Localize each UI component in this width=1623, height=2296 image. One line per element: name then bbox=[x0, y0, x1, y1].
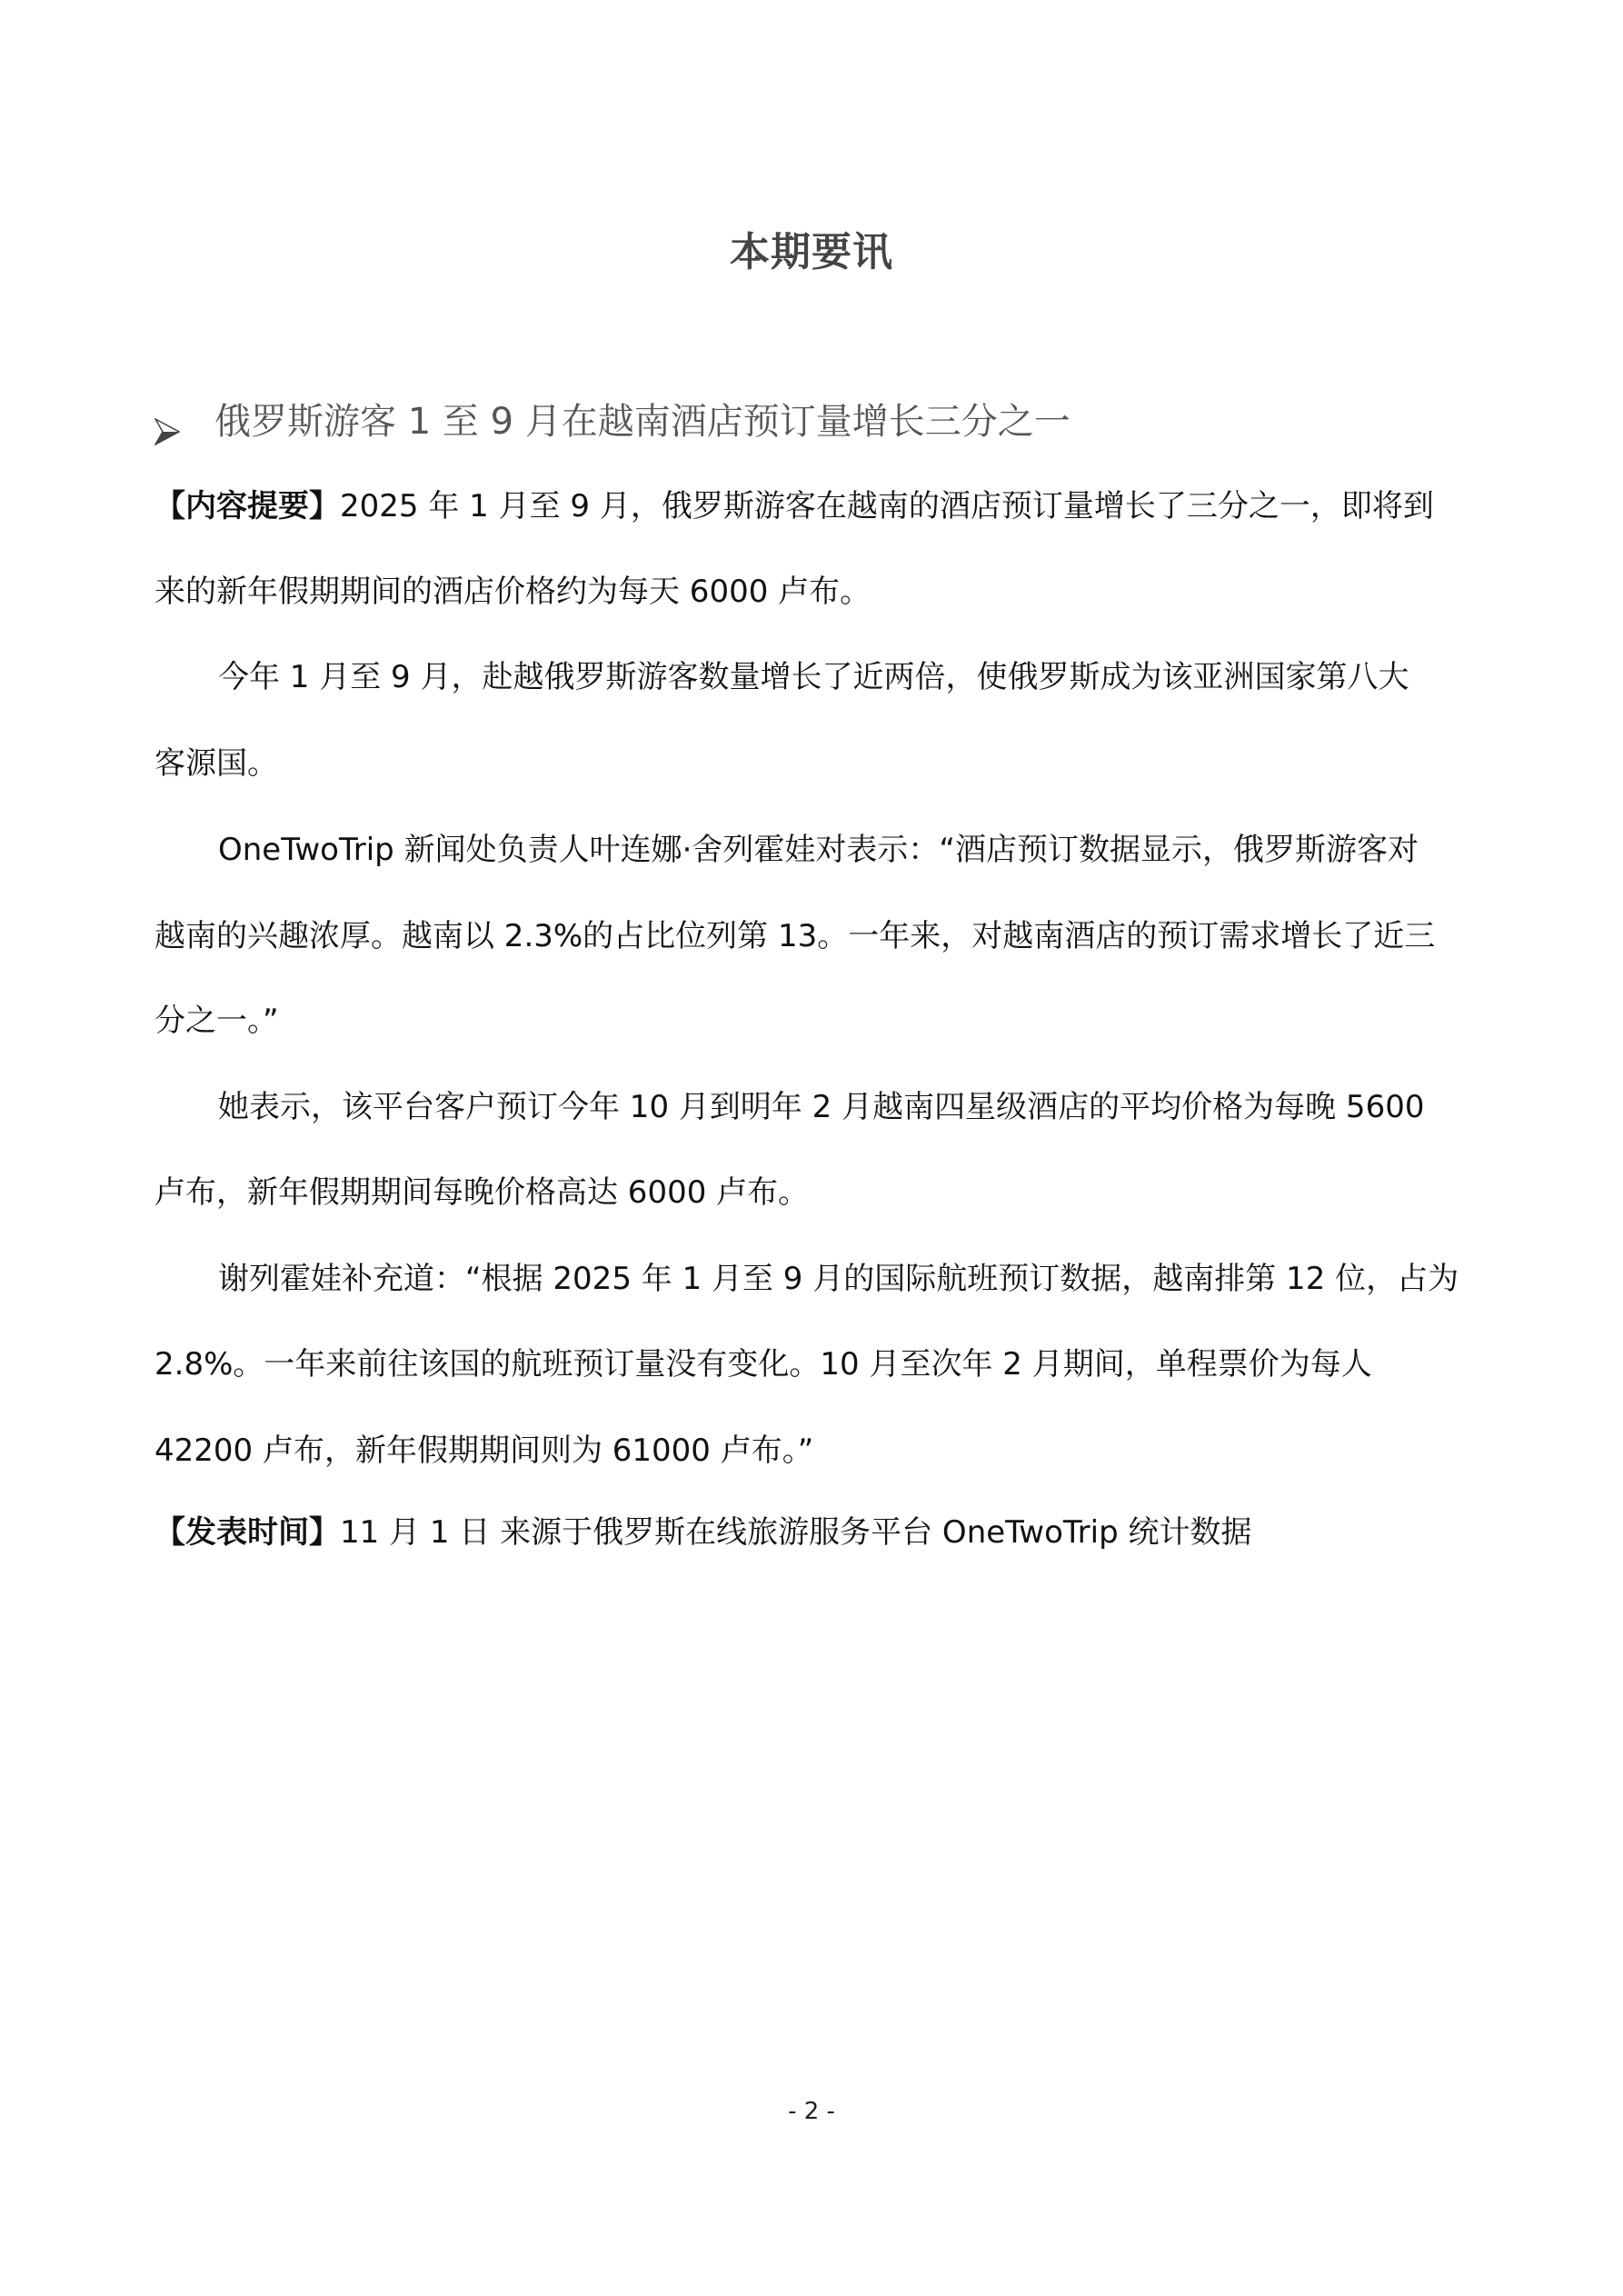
summary-line-1: 【内容提要】2025 年 1 月至 9 月，俄罗斯游客在越南的酒店预订量增长了三… bbox=[154, 484, 1434, 529]
body-line: 她表示，该平台客户预订今年 10 月到明年 2 月越南四星级酒店的平均价格为每晚… bbox=[218, 1084, 1424, 1130]
publish-text: 11 月 1 日 来源于俄罗斯在线旅游服务平台 OneTwoTrip 统计数据 bbox=[340, 1514, 1252, 1551]
body-line: 分之一。” bbox=[154, 998, 279, 1043]
body-line: 今年 1 月至 9 月，赴越俄罗斯游客数量增长了近两倍，使俄罗斯成为该亚洲国家第… bbox=[218, 654, 1409, 700]
publish-label: 【发表时间】 bbox=[154, 1514, 340, 1551]
publish-line: 【发表时间】11 月 1 日 来源于俄罗斯在线旅游服务平台 OneTwoTrip… bbox=[154, 1510, 1252, 1555]
article-heading: 俄罗斯游客 1 至 9 月在越南酒店预订量增长三分之一 bbox=[154, 396, 1070, 447]
body-line: OneTwoTrip 新闻处负责人叶连娜·舍列霍娃对表示：“酒店预订数据显示，俄… bbox=[218, 827, 1419, 873]
body-line: 卢布，新年假期期间每晚价格高达 6000 卢布。 bbox=[154, 1170, 809, 1215]
page-number: - 2 - bbox=[0, 2098, 1623, 2125]
document-page: 本期要讯 俄罗斯游客 1 至 9 月在越南酒店预订量增长三分之一 【内容提要】2… bbox=[0, 0, 1623, 2296]
body-line: 42200 卢布，新年假期期间则为 61000 卢布。” bbox=[154, 1428, 813, 1473]
summary-text: 2025 年 1 月至 9 月，俄罗斯游客在越南的酒店预订量增长了三分之一，即将… bbox=[340, 488, 1434, 524]
body-line: 谢列霍娃补充道：“根据 2025 年 1 月至 9 月的国际航班预订数据，越南排… bbox=[218, 1256, 1459, 1302]
body-line: 客源国。 bbox=[154, 741, 278, 786]
arrowhead-bullet-icon bbox=[154, 408, 180, 435]
body-line: 来的新年假期期间的酒店价格约为每天 6000 卢布。 bbox=[154, 569, 871, 614]
body-line: 越南的兴趣浓厚。越南以 2.3%的占比位列第 13。一年来，对越南酒店的预订需求… bbox=[154, 913, 1435, 959]
summary-label: 【内容提要】 bbox=[154, 488, 340, 524]
page-title: 本期要讯 bbox=[0, 225, 1623, 280]
article-heading-text: 俄罗斯游客 1 至 9 月在越南酒店预订量增长三分之一 bbox=[214, 396, 1070, 447]
body-line: 2.8%。一年来前往该国的航班预订量没有变化。10 月至次年 2 月期间，单程票… bbox=[154, 1342, 1372, 1387]
